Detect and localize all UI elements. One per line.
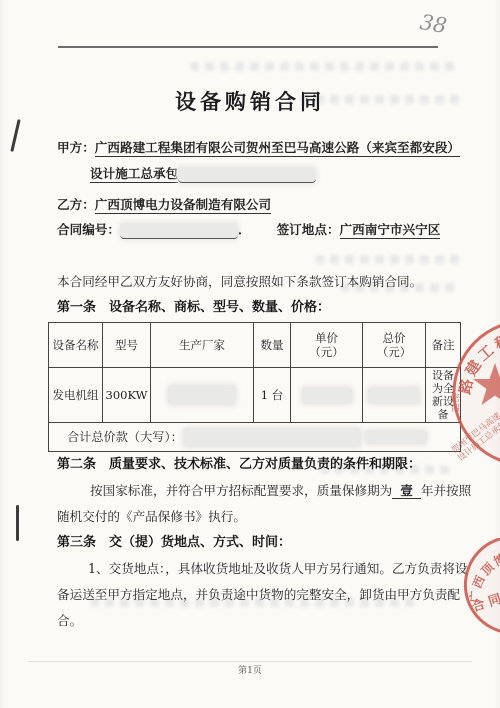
article2-line2: 随机交付的《产品保修书》执行。: [57, 508, 246, 525]
redaction-box: [365, 430, 427, 444]
article3-line2: 备运送至甲方指定地点，并负责途中货物的完整安全，卸货由甲方负责配: [57, 586, 460, 603]
handwritten-number: 38: [418, 10, 448, 38]
article2-heading: 第二条 质量要求、技术标准、乙方对质量负责的条件和期限：: [57, 456, 421, 473]
total-amount-label: 合计总价款（大写）：: [67, 430, 183, 444]
col-header-unit-price: 单价 （元）: [291, 323, 363, 368]
footer-rule: [28, 661, 472, 662]
warranty-text-pre: 按国家标准，并符合甲方招标配置要求，质量保修期为: [90, 483, 392, 498]
article3-line1: 1、交货地点：，具体收货地址及收货人甲方另行通知。乙方负责将设: [88, 560, 468, 577]
cell-name: 发电机组: [49, 368, 103, 423]
page-number: 第1页: [0, 663, 500, 676]
top-rule: [58, 46, 438, 48]
intro-paragraph: 本合同经甲乙双方友好协商，同意按照如下条款签订本购销合同。: [57, 273, 422, 290]
cell-total-price: [363, 368, 426, 423]
svg-text:路建工程集团有限: 路建工程集团有限: [456, 329, 500, 396]
redaction-box: [178, 167, 316, 183]
party-b-line: 乙方：广西顶博电力设备制造有限公司: [57, 196, 271, 213]
stamp-a-small-line2: 设计施工总承包: [455, 418, 500, 464]
stamp-a-star: [473, 363, 500, 405]
redaction-box: [302, 387, 352, 404]
party-a-label: 甲方：: [57, 140, 95, 155]
bleedthrough-artifact: [315, 255, 460, 264]
scan-ink-mark: [16, 505, 19, 541]
warranty-years: 壹: [392, 483, 421, 499]
total-amount-cell: 合计总价款（大写）：: [49, 423, 461, 452]
contract-no-label: 合同编号：: [57, 222, 120, 237]
table-header-row: 设备名称 型号 生产厂家 数量 单价 （元） 总价 （元） 备注: [49, 323, 461, 368]
scan-ink-mark: [10, 119, 20, 152]
equipment-table: 设备名称 型号 生产厂家 数量 单价 （元） 总价 （元） 备注 发电机组 30…: [48, 322, 461, 452]
cell-note: 设备为全新设备: [426, 368, 461, 423]
stamp-a-arc-text: 路建工程集团有限: [456, 329, 500, 396]
party-a-value-line2: 设计施工总承包: [90, 166, 178, 183]
party-b-label: 乙方：: [57, 197, 95, 212]
scanned-contract-page: { "page": { "handwritten_number": "38", …: [0, 0, 500, 708]
bleedthrough-artifact: [190, 62, 455, 71]
cell-quantity: 1 台: [254, 368, 291, 423]
contract-no-line: 合同编号：．签订地点：广西南宁市兴宁区: [57, 221, 440, 239]
redaction-box: [183, 428, 361, 447]
party-a-value-line1: 广西路建工程集团有限公司贺州至巴马高速公路（来宾至都安段）: [95, 140, 460, 157]
col-header-name: 设备名称: [49, 323, 103, 368]
sign-place-label: 签订地点：: [277, 222, 340, 237]
party-b-seal-stamp: 广西顶博电力设备 合同: [455, 538, 500, 648]
contract-no-suffix: ．: [238, 222, 251, 237]
cell-unit-price: [291, 368, 363, 423]
col-header-quantity: 数量: [254, 323, 291, 368]
document-title: 设备购销合同: [0, 86, 500, 116]
party-b-value: 广西顶博电力设备制造有限公司: [95, 197, 271, 214]
col-header-total-price: 总价 （元）: [363, 323, 426, 368]
col-header-manufacturer: 生产厂家: [151, 323, 254, 368]
article1-heading: 第一条 设备名称、商标、型号、数量、价格：: [57, 299, 330, 316]
article3-heading: 第三条 交（提）货地点、方式、时间：: [57, 534, 291, 551]
article3-line3: 合。: [57, 612, 82, 629]
stamp-b-center-text: 合同: [470, 590, 500, 616]
redaction-box: [368, 387, 420, 404]
redaction-box: [120, 223, 238, 239]
cell-model: 300KW: [103, 368, 151, 423]
sign-place-value: 广西南宁市兴宁区: [340, 222, 441, 239]
col-header-note: 备注: [426, 323, 461, 368]
table-row: 发电机组 300KW 1 台 设备为全新设备: [49, 368, 461, 423]
party-a-line2: 设计施工总承包: [90, 165, 316, 183]
col-header-model: 型号: [103, 323, 151, 368]
warranty-text-post: 年并按照: [421, 483, 471, 498]
article2-line1: 按国家标准，并符合甲方招标配置要求，质量保修期为壹年并按照: [90, 482, 471, 499]
redaction-box: [168, 385, 236, 405]
cell-manufacturer: [151, 368, 254, 423]
table-total-row: 合计总价款（大写）：: [49, 423, 461, 452]
party-a-line1: 甲方：广西路建工程集团有限公司贺州至巴马高速公路（来宾至都安段）: [57, 139, 460, 156]
